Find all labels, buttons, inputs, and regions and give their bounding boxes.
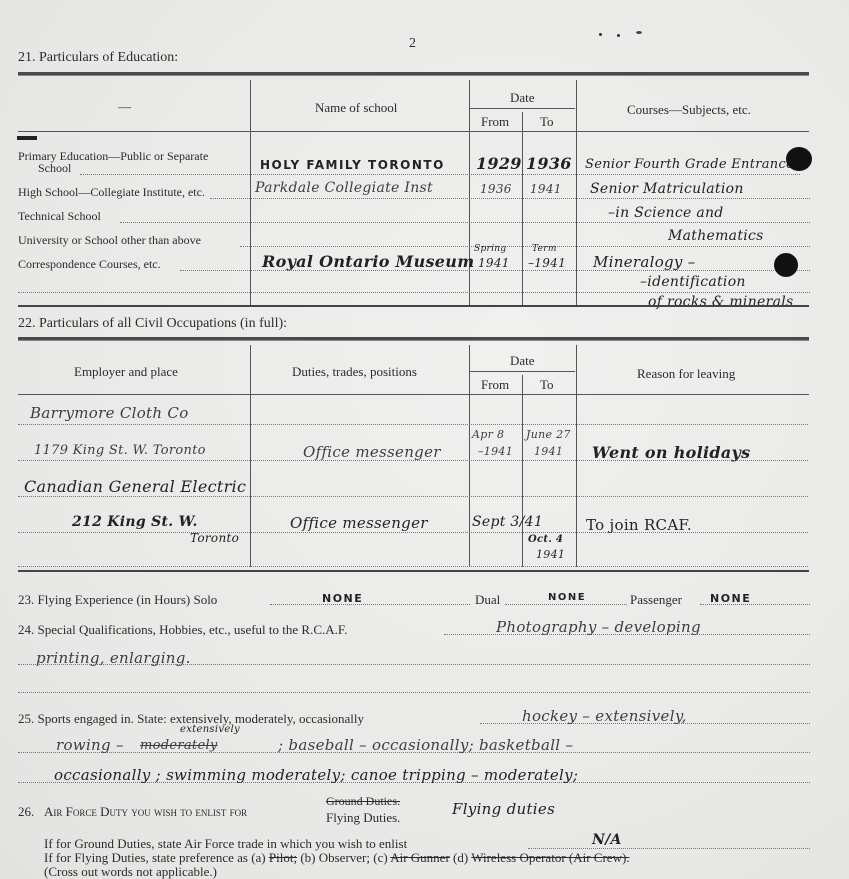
row-label-correspondence: Correspondence Courses, etc.	[18, 257, 161, 272]
option-observer: (b) Observer; (c)	[300, 850, 387, 865]
correspondence-to-term: Term	[532, 244, 557, 254]
passenger-label: Passenger	[630, 592, 682, 608]
row-label-high-school: High School—Collegiate Institute, etc.	[18, 185, 205, 200]
special-qualifications-line-1: Photography – developing	[496, 618, 701, 636]
job-1-employer: Barrymore Cloth Co	[30, 404, 189, 422]
section-22-title: 22. Particulars of all Civil Occupations…	[18, 316, 287, 332]
technical-courses: –in Science and	[608, 205, 724, 221]
dual-label: Dual	[475, 592, 500, 608]
special-qualifications-line-2: printing, enlarging.	[36, 649, 191, 667]
col-divider	[469, 80, 470, 305]
correspondence-courses-3: of rocks & minerals	[648, 294, 794, 310]
correspondence-to: –1941	[528, 256, 566, 270]
correspondence-from: 1941	[478, 256, 510, 270]
header-bottom-rule	[18, 394, 809, 395]
option-pilot: Pilot;	[269, 850, 297, 865]
date-header-rule	[470, 108, 575, 109]
primary-from: 1929	[476, 154, 522, 173]
high-school-name: Parkdale Collegiate Inst	[255, 180, 433, 196]
sports-line-2-a: rowing –	[56, 736, 124, 754]
special-qualifications-label: 24. Special Qualifications, Hobbies, etc…	[18, 622, 347, 638]
row-label-university: University or School other than above	[18, 233, 201, 248]
university-courses: Mathematics	[668, 228, 764, 244]
header-date: Date	[510, 353, 535, 369]
col-divider	[250, 80, 251, 305]
dotted-line	[240, 246, 810, 247]
ink-speck	[636, 31, 642, 34]
primary-courses: Senior Fourth Grade Entrance	[585, 157, 794, 172]
job-2-from: Sept 3/41	[472, 514, 543, 530]
primary-to: 1936	[526, 154, 572, 173]
col-divider	[250, 345, 251, 567]
section-21-title: 21. Particulars of Education:	[18, 50, 178, 66]
header-to: To	[540, 377, 554, 393]
dotted-line	[528, 848, 810, 849]
air-force-duty-label: Air Force Duty you wish to enlist for	[44, 804, 247, 820]
header-to: To	[540, 114, 554, 130]
job-2-reason: To join RCAF.	[586, 516, 692, 534]
header-reason: Reason for leaving	[637, 366, 735, 382]
header-date: Date	[510, 90, 535, 106]
col-divider	[576, 345, 577, 567]
dotted-line	[18, 496, 808, 497]
ink-speck	[617, 34, 620, 37]
section-26-number: 26.	[18, 804, 34, 820]
punch-hole	[786, 147, 812, 171]
job-2-address: 212 King St. W.	[72, 514, 198, 530]
date-header-rule	[470, 371, 575, 372]
job-1-to-day: June 27	[526, 428, 571, 441]
sports-line-3: occasionally ; swimming moderately; cano…	[54, 766, 578, 784]
col-divider	[522, 375, 523, 567]
option-flying-duties: Flying Duties.	[326, 810, 400, 826]
header-dash: —	[118, 99, 131, 115]
section-22-top-rule	[18, 337, 809, 341]
dotted-line	[505, 604, 627, 605]
dual-hours: NONE	[548, 592, 586, 603]
dotted-line	[18, 692, 810, 693]
sports-line-2-insert: extensively	[180, 724, 240, 735]
col-divider	[522, 112, 523, 305]
ink-speck	[599, 33, 602, 36]
passenger-hours: NONE	[710, 592, 751, 605]
flying-preference-prefix: If for Flying Duties, state preference a…	[44, 850, 266, 865]
option-wireless-prefix: (d)	[453, 850, 468, 865]
option-ground-duties: Ground Duties.	[326, 794, 400, 809]
header-courses: Courses—Subjects, etc.	[627, 102, 751, 118]
job-1-to-year: 1941	[534, 445, 563, 458]
correspondence-school-name: Royal Ontario Museum	[262, 252, 474, 271]
section-21-top-rule	[18, 72, 809, 76]
page-number: 2	[409, 36, 416, 52]
primary-school-name: HOLY FAMILY TORONTO	[260, 158, 445, 172]
job-2-city: Toronto	[190, 531, 239, 545]
job-1-reason: Went on holidays	[592, 443, 750, 462]
flying-experience-label: 23. Flying Experience (in Hours) Solo	[18, 592, 217, 608]
high-courses: Senior Matriculation	[590, 181, 744, 197]
solo-hours: NONE	[322, 592, 363, 605]
job-2-to-day: Oct. 4	[528, 534, 563, 545]
section-21-bottom-rule	[18, 305, 809, 307]
job-1-duties: Office messenger	[303, 443, 441, 461]
job-1-from-year: –1941	[478, 445, 513, 458]
form-page: 2 21. Particulars of Education: — Name o…	[0, 0, 849, 879]
job-2-to-year: 1941	[536, 548, 565, 561]
section-22-bottom-rule	[18, 570, 809, 572]
header-bottom-rule	[18, 131, 809, 132]
correspondence-from-season: Spring	[474, 244, 506, 254]
sports-line-1: hockey – extensively,	[522, 707, 687, 725]
row-label-technical: Technical School	[18, 209, 101, 224]
dotted-line	[80, 174, 800, 175]
sports-line-2-struck: moderately	[140, 738, 218, 753]
correspondence-courses-2: –identification	[640, 274, 746, 290]
dotted-line	[18, 292, 810, 293]
high-from: 1936	[480, 182, 512, 196]
col-divider	[576, 80, 577, 305]
header-name-of-school: Name of school	[315, 100, 397, 116]
header-from: From	[481, 377, 509, 393]
option-air-gunner: Air Gunner	[390, 850, 450, 865]
high-to: 1941	[530, 182, 562, 196]
option-wireless-operator: Wireless Operator (Air Crew).	[471, 850, 629, 865]
duty-answer: Flying duties	[452, 800, 555, 818]
correspondence-courses: Mineralogy –	[593, 253, 696, 271]
dotted-line	[18, 566, 808, 567]
cross-out-note: (Cross out words not applicable.)	[44, 864, 217, 879]
col-divider	[469, 345, 470, 567]
dotted-line	[270, 604, 470, 605]
row-label-primary-school: School	[38, 161, 71, 176]
job-2-employer: Canadian General Electric	[24, 477, 246, 496]
job-2-duties: Office messenger	[290, 514, 428, 532]
ink-mark	[17, 136, 37, 140]
job-1-from-day: Apr 8	[472, 428, 504, 441]
ground-duties-answer: N/A	[592, 832, 622, 848]
header-duties: Duties, trades, positions	[292, 364, 417, 380]
sports-line-2-b: ; baseball – occasionally; basketball –	[278, 736, 573, 754]
header-employer: Employer and place	[74, 364, 178, 380]
header-from: From	[481, 114, 509, 130]
punch-hole	[774, 253, 798, 277]
job-1-address: 1179 King St. W. Toronto	[34, 443, 206, 458]
dotted-line	[210, 198, 810, 199]
dotted-line	[120, 222, 810, 223]
dotted-line	[18, 424, 808, 425]
